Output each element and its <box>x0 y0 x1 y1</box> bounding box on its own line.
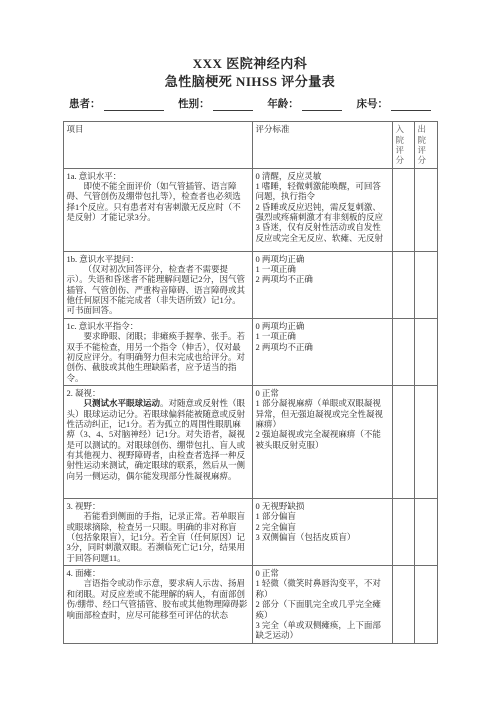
item-title: 4. 面瘫： <box>67 568 249 578</box>
criteria-option: 0 两项均正确 <box>256 254 389 264</box>
item-bold-lead: 只测试水平眼球运动 <box>84 398 161 408</box>
table-row-3-visual-field: 3. 视野： 若能看到侧面的手指，记录正常。若单眼盲或眼球摘除，检查另一只眼。明… <box>63 498 437 565</box>
admission-score-cell <box>392 251 414 318</box>
hospital-title: XXX 医院神经内科 <box>0 56 500 72</box>
nihss-score-table: 项目 评分标准 入院 评分 出院 评分 1a. 意识水平： 即使不能全面评价（如… <box>63 121 438 643</box>
criteria-cell: 0 无视野缺损 1 部分偏盲 2 完全偏盲 3 双侧偏盲（包括皮质盲） <box>252 498 392 565</box>
age-label: 年龄： <box>267 96 299 111</box>
discharge-score-cell <box>414 566 437 644</box>
criteria-option: 1 部分凝视麻痹（单眼或双眼凝视异常，但无强迫凝视或完全性凝视麻痹） <box>256 398 389 429</box>
item-title: 3. 视野： <box>67 501 249 511</box>
item-description: 即使不能全面评价（如气管插管、语言障碍、气管创伤及绷带包扎等），检查者也必须选择… <box>67 181 249 222</box>
bed-number-blank <box>391 99 431 111</box>
table-header-row: 项目 评分标准 入院 评分 出院 评分 <box>63 122 437 168</box>
admission-score-cell <box>392 168 414 251</box>
item-title: 1a. 意识水平： <box>67 171 249 181</box>
discharge-score-cell <box>414 168 437 251</box>
table-row-2-gaze: 2. 凝视： 只测试水平眼球运动。对随意或反射性（眼头）眼球运动记分。若眼球偏斜… <box>63 385 437 498</box>
patient-name-label: 患者： <box>69 96 101 111</box>
item-cell: 4. 面瘫： 言语指令或动作示意，要求病人示齿、扬眉和闭眼。对反应差或不能理解的… <box>63 566 252 644</box>
criteria-option: 2 昏睡或反应迟钝，需反复刺激、强烈或疼痛刺激才有非刻板的反应 <box>256 202 389 223</box>
item-title: 2. 凝视： <box>67 388 249 398</box>
criteria-cell: 0 两项均正确 1 一项正确 2 两项均不正确 <box>252 318 392 385</box>
criteria-cell: 0 两项均正确 1 一项正确 2 两项均不正确 <box>252 251 392 318</box>
discharge-score-cell <box>414 251 437 318</box>
item-cell: 1b. 意识水平提问： （仅对初次回答评分，检查者不需要提示）。失语和昏迷者不能… <box>63 251 252 318</box>
item-description: 要求睁眼、闭眼；非瘫痪手握拳、张手。若双手不能检查，用另一个指令（伸舌），仅对最… <box>67 331 249 383</box>
item-description: 言语指令或动作示意，要求病人示齿、扬眉和闭眼。对反应差或不能理解的病人，有面部创… <box>67 578 249 619</box>
admission-score-cell <box>392 498 414 565</box>
item-cell: 1a. 意识水平： 即使不能全面评价（如气管插管、语言障碍、气管创伤及绷带包扎等… <box>63 168 252 251</box>
criteria-option: 1 一项正确 <box>256 264 389 274</box>
criteria-option: 1 一项正确 <box>256 331 389 341</box>
criteria-option: 1 轻微（微笑时鼻唇沟变平，不对称） <box>256 578 389 599</box>
criteria-cell: 0 正常 1 部分凝视麻痹（单眼或双眼凝视异常，但无强迫凝视或完全性凝视麻痹） … <box>252 385 392 498</box>
bed-number-label: 床号： <box>356 96 388 111</box>
criteria-option: 2 完全偏盲 <box>256 522 389 532</box>
patient-field-name: 患者： <box>69 96 164 111</box>
item-cell: 1c. 意识水平指令： 要求睁眼、闭眼；非瘫痪手握拳、张手。若双手不能检查，用另… <box>63 318 252 385</box>
item-cell: 3. 视野： 若能看到侧面的手指，记录正常。若单眼盲或眼球摘除，检查另一只眼。明… <box>63 498 252 565</box>
gender-label: 性别： <box>178 96 210 111</box>
table-row-1a: 1a. 意识水平： 即使不能全面评价（如气管插管、语言障碍、气管创伤及绷带包扎等… <box>63 168 437 251</box>
criteria-cell: 0 正常 1 轻微（微笑时鼻唇沟变平，不对称） 2 部分（下面肌完全或几乎完全瘫… <box>252 566 392 644</box>
admission-score-cell <box>392 318 414 385</box>
criteria-option: 0 清醒，反应灵敏 <box>256 171 389 181</box>
table-row-1b: 1b. 意识水平提问： （仅对初次回答评分，检查者不需要提示）。失语和昏迷者不能… <box>63 251 437 318</box>
discharge-score-cell <box>414 318 437 385</box>
item-description: 若能看到侧面的手指，记录正常。若单眼盲或眼球摘除，检查另一只眼。明确的非对称盲（… <box>67 511 249 563</box>
admission-score-cell <box>392 566 414 644</box>
item-title: 1b. 意识水平提问： <box>67 254 249 264</box>
criteria-option: 2 两项均不正确 <box>256 342 389 352</box>
item-title: 1c. 意识水平指令： <box>67 321 249 331</box>
criteria-option: 1 嗜睡，轻微刺激能唤醒，可回答问题，执行指令 <box>256 181 389 202</box>
patient-field-bed: 床号： <box>356 96 431 111</box>
criteria-option: 3 双侧偏盲（包括皮质盲） <box>256 532 389 542</box>
patient-info-line: 患者： 性别： 年龄： 床号： <box>69 96 431 111</box>
criteria-option: 0 正常 <box>256 388 389 398</box>
criteria-option: 3 完全（单或双侧瘫痪，上下面部缺乏运动） <box>256 620 389 641</box>
age-blank <box>302 99 342 111</box>
header-admission-score: 入院 评分 <box>392 122 414 168</box>
item-cell: 2. 凝视： 只测试水平眼球运动。对随意或反射性（眼头）眼球运动记分。若眼球偏斜… <box>63 385 252 498</box>
criteria-option: 2 两项均不正确 <box>256 274 389 284</box>
patient-field-age: 年龄： <box>267 96 342 111</box>
criteria-option: 0 正常 <box>256 568 389 578</box>
form-title: 急性脑梗死 NIHSS 评分量表 <box>0 74 500 90</box>
table-row-4-facial-palsy: 4. 面瘫： 言语指令或动作示意，要求病人示齿、扬眉和闭眼。对反应差或不能理解的… <box>63 566 437 644</box>
criteria-option: 2 强迫凝视或完全凝视麻痹（不能被头眼反射克服） <box>256 429 389 450</box>
criteria-option: 0 两项均正确 <box>256 321 389 331</box>
table-row-1c: 1c. 意识水平指令： 要求睁眼、闭眼；非瘫痪手握拳、张手。若双手不能检查，用另… <box>63 318 437 385</box>
criteria-option: 3 昏迷，仅有反射性活动或自发性反应或完全无反应、软瘫、无反射 <box>256 222 389 243</box>
item-description: （仅对初次回答评分，检查者不需要提示）。失语和昏迷者不能理解问题记2分，因气管插… <box>67 264 249 316</box>
admission-score-cell <box>392 385 414 498</box>
discharge-score-cell <box>414 498 437 565</box>
criteria-cell: 0 清醒，反应灵敏 1 嗜睡，轻微刺激能唤醒，可回答问题，执行指令 2 昏睡或反… <box>252 168 392 251</box>
criteria-option: 1 部分偏盲 <box>256 511 389 521</box>
criteria-option: 2 部分（下面肌完全或几乎完全瘫痪） <box>256 599 389 620</box>
gender-blank <box>213 99 253 111</box>
patient-field-gender: 性别： <box>178 96 253 111</box>
header-criteria: 评分标准 <box>252 122 392 168</box>
discharge-score-cell <box>414 385 437 498</box>
patient-name-blank <box>104 99 164 111</box>
criteria-option: 0 无视野缺损 <box>256 501 389 511</box>
header-item: 项目 <box>63 122 252 168</box>
header-discharge-score: 出院 评分 <box>414 122 437 168</box>
document-page: XXX 医院神经内科 急性脑梗死 NIHSS 评分量表 患者： 性别： 年龄： … <box>0 0 500 644</box>
item-description: 只测试水平眼球运动。对随意或反射性（眼头）眼球运动记分。若眼球偏斜能被随意或反射… <box>67 398 249 481</box>
